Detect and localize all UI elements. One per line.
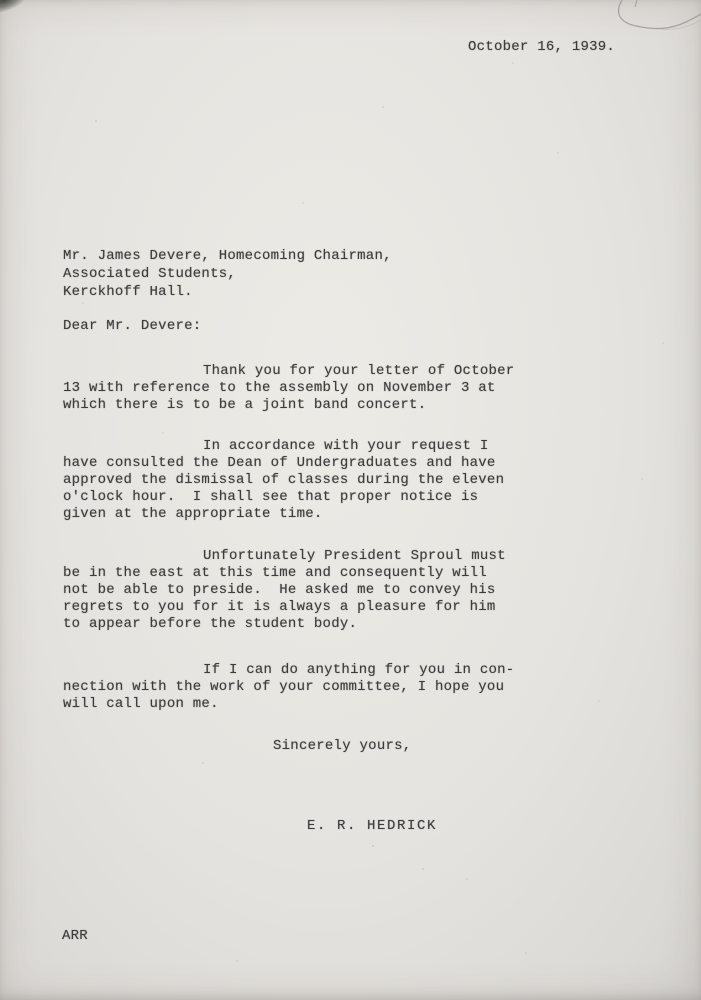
paragraph-4: If I can do anything for you in con- nec…	[63, 662, 583, 713]
typist-initials: ARR	[62, 928, 88, 945]
letter-date: October 16, 1939.	[468, 39, 615, 56]
paragraph-2: In accordance with your request I have c…	[63, 438, 583, 523]
pencil-circle-mark	[591, 0, 701, 40]
letter-document: October 16, 1939. Mr. James Devere, Home…	[0, 0, 701, 1000]
paragraph-3: Unfortunately President Sproul must be i…	[63, 548, 583, 633]
scan-noise	[0, 0, 2, 2]
recipient-address: Mr. James Devere, Homecoming Chairman, A…	[63, 247, 392, 301]
scan-smudge	[0, 0, 30, 14]
paragraph-1: Thank you for your letter of October 13 …	[63, 363, 583, 414]
closing-line: Sincerely yours,	[273, 738, 411, 755]
signature-name: E. R. HEDRICK	[307, 818, 437, 835]
salutation: Dear Mr. Devere:	[63, 318, 201, 335]
